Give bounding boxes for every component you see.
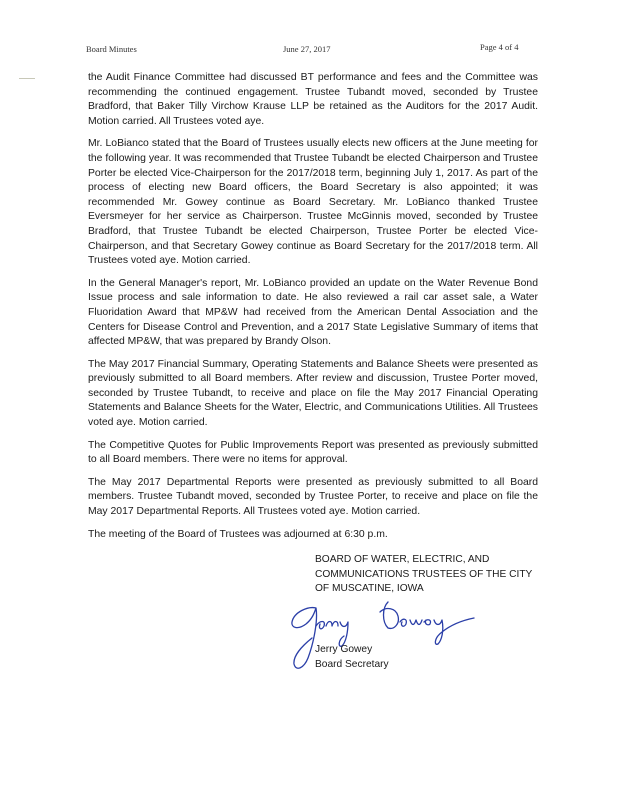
signer-title: Board Secretary — [315, 657, 389, 672]
paragraph-audit: the Audit Finance Committee had discusse… — [88, 71, 538, 129]
paragraph-officer-election: Mr. LoBianco stated that the Board of Tr… — [88, 137, 538, 268]
signer-name: Jerry Gowey — [315, 642, 389, 657]
org-line: OF MUSCATINE, IOWA — [315, 582, 532, 597]
signature-block-org: BOARD OF WATER, ELECTRIC, AND COMMUNICAT… — [315, 553, 532, 597]
header-document-title: Board Minutes — [86, 44, 137, 54]
paragraph-departmental-reports: The May 2017 Departmental Reports were p… — [88, 476, 538, 520]
header-page-number: Page 4 of 4 — [480, 42, 518, 52]
paragraph-financial-summary: The May 2017 Financial Summary, Operatin… — [88, 358, 538, 431]
org-line: COMMUNICATIONS TRUSTEES OF THE CITY — [315, 568, 532, 583]
org-line: BOARD OF WATER, ELECTRIC, AND — [315, 553, 532, 568]
paragraph-competitive-quotes: The Competitive Quotes for Public Improv… — [88, 439, 538, 468]
paragraph-adjournment: The meeting of the Board of Trustees was… — [88, 528, 538, 543]
margin-mark — [19, 78, 35, 79]
header-meeting-date: June 27, 2017 — [283, 44, 330, 54]
minutes-body: the Audit Finance Committee had discusse… — [88, 71, 538, 550]
signer-block: Jerry Gowey Board Secretary — [315, 642, 389, 672]
paragraph-gm-report: In the General Manager's report, Mr. LoB… — [88, 277, 538, 350]
